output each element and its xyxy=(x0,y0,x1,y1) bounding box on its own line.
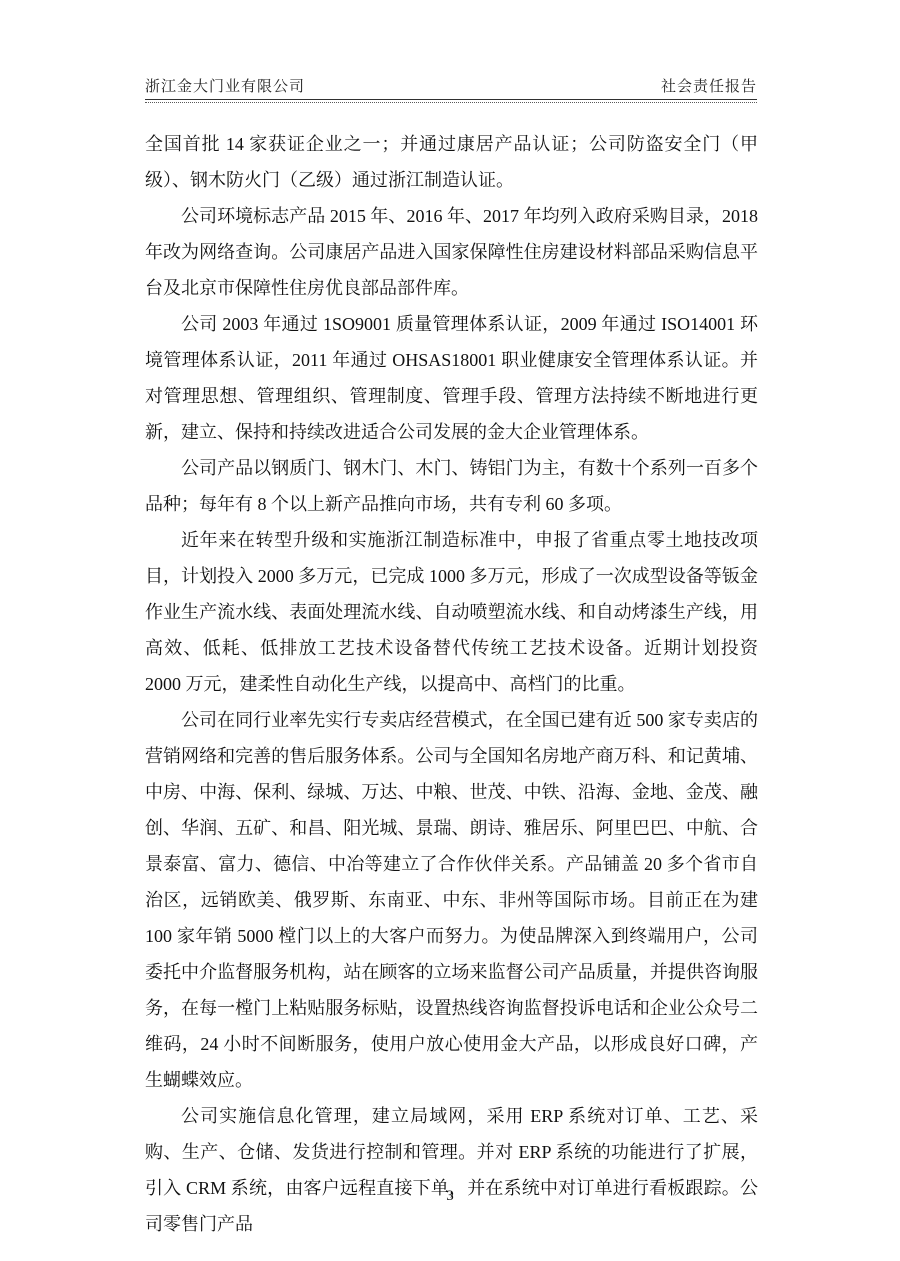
header-company-name: 浙江金大门业有限公司 xyxy=(145,75,305,96)
paragraph: 近年来在转型升级和实施浙江制造标准中，申报了省重点零土地技改项目，计划投入 20… xyxy=(145,522,758,702)
paragraph: 公司在同行业率先实行专卖店经营模式，在全国已建有近 500 家专卖店的营销网络和… xyxy=(145,702,758,1098)
paragraph: 公司环境标志产品 2015 年、2016 年、2017 年均列入政府采购目录，2… xyxy=(145,198,758,306)
paragraph: 全国首批 14 家获证企业之一；并通过康居产品认证；公司防盗安全门（甲级）、钢木… xyxy=(145,126,758,198)
document-body: 全国首批 14 家获证企业之一；并通过康居产品认证；公司防盗安全门（甲级）、钢木… xyxy=(145,126,758,1242)
paragraph: 公司 2003 年通过 1SO9001 质量管理体系认证，2009 年通过 IS… xyxy=(145,306,758,450)
document-page: 浙江金大门业有限公司 社会责任报告 全国首批 14 家获证企业之一；并通过康居产… xyxy=(0,0,900,1261)
page-footer: 3 xyxy=(0,1188,900,1205)
page-number: 3 xyxy=(446,1188,454,1204)
page-header: 浙江金大门业有限公司 社会责任报告 xyxy=(145,75,757,96)
paragraph: 公司产品以钢质门、钢木门、木门、铸铝门为主，有数十个系列一百多个品种；每年有 8… xyxy=(145,450,758,522)
header-report-title: 社会责任报告 xyxy=(661,75,757,96)
paragraph: 公司实施信息化管理，建立局域网，采用 ERP 系统对订单、工艺、采购、生产、仓储… xyxy=(145,1098,758,1242)
header-divider-line xyxy=(145,99,757,100)
